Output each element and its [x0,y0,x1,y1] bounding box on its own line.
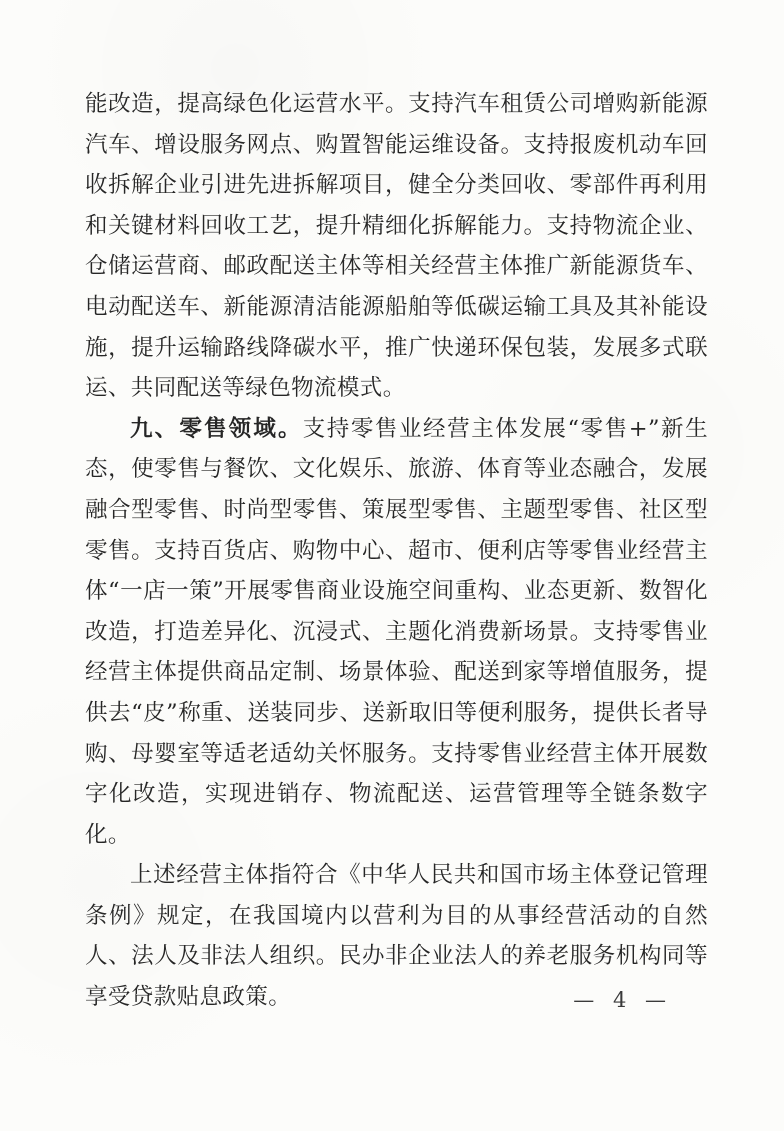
document-page: 能改造，提高绿色化运营水平。支持汽车租赁公司增购新能源汽车、增设服务网点、购置智… [0,0,784,1131]
paragraph-text: 支持零售业经营主体发展“零售+”新生态，使零售与餐饮、文化娱乐、旅游、体育等业态… [85,416,708,848]
paragraph-retail-sector: 九、零售领域。支持零售业经营主体发展“零售+”新生态，使零售与餐饮、文化娱乐、旅… [85,409,708,856]
document-body: 能改造，提高绿色化运营水平。支持汽车租赁公司增购新能源汽车、增设服务网点、购置智… [85,84,708,1018]
section-heading-retail: 九、零售领域。 [130,416,303,442]
page-number: — 4 — [573,988,672,1012]
paragraph-green-logistics: 能改造，提高绿色化运营水平。支持汽车租赁公司增购新能源汽车、增设服务网点、购置智… [85,84,708,409]
paragraph-text: 能改造，提高绿色化运营水平。支持汽车租赁公司增购新能源汽车、增设服务网点、购置智… [85,91,708,401]
